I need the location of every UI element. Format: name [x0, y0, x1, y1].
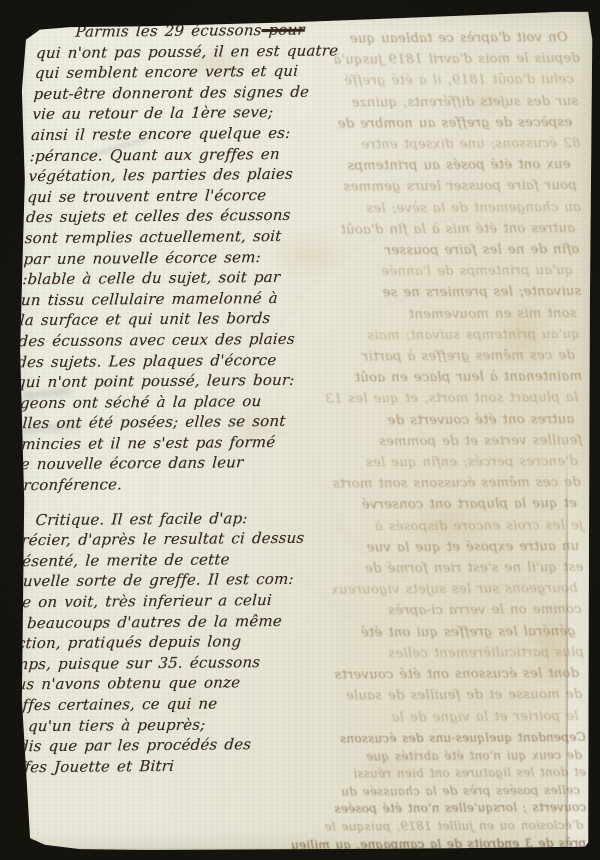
bleedthrough-line: couverts ; lorsqu'elles n'ont été posées — [284, 799, 586, 819]
manuscript-line: des écussons avec ceux des plaies — [18, 328, 331, 351]
bleedthrough-line: de mousse et de feuilles de saule — [299, 684, 582, 707]
bleedthrough-line: le poirier et la vigne de la — [299, 706, 578, 729]
bleedthrough-line: de ces mêmes greffes à partir — [297, 345, 575, 368]
manuscript-line: qui n'ont pas poussé, il en est quatre — [35, 40, 348, 63]
manuscript-line: Critique. Il est facile d'ap: — [35, 507, 320, 530]
manuscript-line: un tissu cellulaire mamelonné à — [20, 287, 333, 310]
manuscript-line: amincies et il ne s'est pas formé — [12, 431, 325, 454]
manuscript-line: qui n'ont point poussé, leurs bour: — [15, 370, 328, 393]
bleedthrough-line: Cependant quelques-uns des écussons — [284, 729, 586, 749]
bleedthrough-line: comme on le verra ci-après — [299, 599, 582, 622]
bleedthrough-line: de ces mêmes écussons sont morts — [298, 472, 581, 495]
manuscript-line: vie au retour de la 1ère seve; — [32, 102, 345, 125]
bleedthrough-line: autres ont été mis à la fin d'août — [296, 218, 575, 241]
bleedthrough-line: suivante; les premiers ne se — [296, 281, 581, 304]
scan-background: 5 On voit d'après ce tableau quedepuis l… — [0, 0, 600, 860]
manuscript-line: temps, puisque sur 35. écussons — [0, 651, 311, 674]
manuscript-line: greffes certaines, ce qui ne — [0, 693, 309, 716]
struck-word: pour — [261, 21, 305, 39]
bleedthrough-line: bourgeons sur les sujets vigoureux — [298, 578, 577, 601]
bleedthrough-line: dont les écussons ont été couverts — [299, 663, 579, 686]
bleedthrough-line: de ceux qui n'ont été abrités que — [284, 747, 582, 767]
bleedthrough-line: plus particulièrement celles — [299, 642, 584, 665]
manuscript-line: :pérance. Quant aux greffes en — [29, 143, 342, 166]
bleedthrough-line: d'éclosion ou en juillet 1819, puisque l… — [284, 817, 583, 837]
manuscript-line: circonférence. — [9, 473, 322, 496]
bleedthrough-line: et dont les ligatures ont bien réussi — [284, 764, 586, 784]
manuscript-page: 5 On voit d'après ce tableau quedepuis l… — [12, 6, 594, 850]
manuscript-line: fait qu'un tiers à peuprès; — [0, 713, 308, 736]
manuscript-line: de beaucoups d'autres de la même — [1, 610, 314, 633]
manuscript-line: ainsi il reste encore quelque es: — [30, 122, 343, 145]
bleedthrough-line: afin de ne les faire pousser — [296, 239, 579, 262]
manuscript-line: :blable à celle du sujet, soit par — [22, 267, 335, 290]
manuscript-line: :geons ont séché à la place ou — [14, 390, 327, 413]
manuscript-line: qui se trouvent entre l'écorce — [27, 184, 340, 207]
manuscript-line: elles ont été posées; elles se sont — [13, 411, 326, 434]
manuscript-line: section, pratiqués depuis long — [0, 631, 313, 654]
bleedthrough-line: feuilles vertes et de pommes — [297, 430, 582, 453]
bleedthrough-line: d'encres percés; enfin que les — [298, 451, 578, 474]
manuscript-line: :me on voit, très inferieur a celui — [2, 590, 315, 613]
manuscript-line: peut-être donneront des signes de — [33, 81, 346, 104]
bleedthrough-line: général les greffes qui ont été — [299, 621, 576, 644]
manuscript-line: présenté, le merite de cette — [4, 548, 317, 571]
manuscript-line: Parmis les 29 écussons pour — [75, 19, 350, 42]
bleedthrough-line: la plupart sont morts, et que les 13 — [297, 387, 578, 410]
pencil-page-number: 5 — [41, 11, 55, 29]
manuscript-line: qui semblent encore verts et qui — [34, 60, 347, 83]
manuscript-line: des sujets et celles des écussons — [25, 205, 338, 228]
bleedthrough-line: qu'au printemps suivant; mais — [297, 324, 580, 347]
manuscript-line: par une nouvelle écorce sem: — [23, 246, 336, 269]
manuscript-line: greffes Jouette et Bitri — [0, 754, 305, 777]
manuscript-line: tandis que par les procédés des — [0, 734, 306, 757]
bleedthrough-line: celles posées près de la chaussée du — [284, 782, 580, 802]
manuscript-line: des sujets. Les plaques d'écorce — [17, 349, 330, 372]
bleedthrough-line: autres ont été couverts de — [297, 409, 574, 432]
bleedthrough-line: est qu'il ne s'est rien formé de — [298, 557, 583, 580]
manuscript-line: nouvelle sorte de greffe. Il est com: — [3, 569, 316, 592]
bleedthrough-line: maintenant à leur place en août — [297, 366, 582, 389]
manuscript-line: végétation, les parties des plaies — [28, 164, 341, 187]
manuscript-line: sont remplies actuellement, soit — [24, 225, 337, 248]
manuscript-line: la surface et qui unit les bords — [19, 308, 332, 331]
verso-bleedthrough-bottom: Cependant quelques-uns des écussonsde ce… — [284, 729, 587, 854]
manuscript-line: de nouvelle écorce dans leur — [10, 452, 323, 475]
recto-text: Parmis les 29 écussons pourqui n'ont pas… — [0, 19, 350, 778]
bleedthrough-line: un autre exposé et que la vue — [298, 536, 579, 559]
bleedthrough-line: sont mis en mouvement — [296, 303, 576, 326]
bleedthrough-line: qu'au printemps de l'année — [296, 260, 573, 283]
manuscript-line: :précier, d'après le resultat ci dessus — [6, 528, 319, 551]
bleedthrough-line: près de 3 endroits de la campagne, au mi… — [284, 835, 586, 855]
manuscript-line: nous n'avons obtenu que onze — [0, 672, 310, 695]
bleedthrough-line: je les crois encore disposés à — [298, 515, 583, 538]
bleedthrough-line: et que la plupart ont conservé — [298, 494, 577, 517]
